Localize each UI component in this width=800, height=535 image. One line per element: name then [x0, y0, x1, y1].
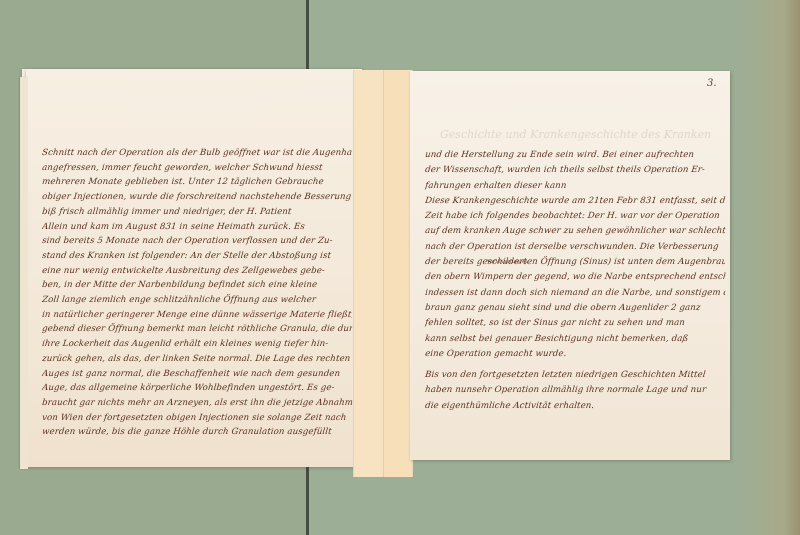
- manuscript-line: nach der Operation ist derselbe verschwu…: [424, 240, 726, 255]
- manuscript-line: fahrungen erhalten dieser kann: [424, 179, 726, 194]
- manuscript-line: Zeit habe ich folgendes beobachtet: Der …: [424, 209, 726, 224]
- manuscript-line: Zoll lange ziemlich enge schlitzähnliche…: [41, 293, 353, 308]
- manuscript-line: Diese Krankengeschichte wurde am 21ten F…: [424, 194, 726, 209]
- manuscript-line: in natürlicher geringerer Menge eine dün…: [41, 308, 353, 323]
- manuscript-line: biß frisch allmählig immer und niedriger…: [41, 205, 353, 220]
- left-page-outer-edge: [20, 77, 28, 469]
- binding-strip-right: [383, 70, 413, 477]
- right-page-text: und die Herstellung zu Ende sein wird. B…: [425, 148, 725, 414]
- manuscript-line: Allein und kam im August 831 in seine He…: [41, 220, 353, 235]
- manuscript-line: auf dem kranken Auge schwer zu sehen gew…: [424, 224, 726, 239]
- page-number: 3.: [707, 78, 717, 89]
- manuscript-line: sind bereits 5 Monate nach der Operation…: [41, 234, 353, 249]
- interlinear-note: Verlängerungen: [487, 259, 528, 265]
- manuscript-line: fehlen solltet, so ist der Sinus gar nic…: [424, 316, 726, 331]
- manuscript-line: eine nur wenig entwickelte Ausbreitung d…: [41, 264, 353, 279]
- manuscript-line: indessen ist dann doch sich niemand an d…: [424, 286, 726, 301]
- manuscript-spread: 3. Geschichte und Krankengeschichte des …: [0, 0, 800, 535]
- manuscript-line: werden würde, bis die ganze Höhle durch …: [41, 425, 353, 440]
- manuscript-line: braun ganz genau sieht sind und die ober…: [424, 301, 726, 316]
- manuscript-line: und die Herstellung zu Ende sein wird. B…: [424, 148, 726, 163]
- manuscript-line: braucht gar nichts mehr an Arzneyen, als…: [41, 396, 353, 411]
- binding-strip-left: [353, 70, 385, 477]
- manuscript-line: haben nunsehr Operation allmählig ihre n…: [424, 383, 726, 398]
- bleed-through-heading: Geschichte und Krankengeschichte des Kra…: [440, 128, 720, 141]
- manuscript-line: den obern Wimpern der gegend, wo die Nar…: [424, 270, 726, 285]
- manuscript-line: Schnitt nach der Operation als der Bulb …: [41, 146, 353, 161]
- manuscript-line: Auges ist ganz normal, die Beschaffenhei…: [41, 367, 353, 382]
- manuscript-line: die eigenthümliche Activität erhalten.: [424, 399, 726, 414]
- manuscript-line: ben, in der Mitte der Narbenbildung befi…: [41, 278, 353, 293]
- manuscript-line: der Wissenschaft, wurden ich theils selb…: [424, 163, 726, 178]
- manuscript-line: obiger Injectionen, wurde die forschreit…: [41, 190, 353, 205]
- manuscript-line: angefressen, immer feucht geworden, welc…: [41, 161, 353, 176]
- backing-right-edge: [735, 0, 800, 535]
- manuscript-line: gebend dieser Öffnung bemerkt man leicht…: [41, 322, 353, 337]
- manuscript-line: der bereits geschilderten Öffnung (Sinus…: [424, 255, 726, 270]
- left-page-text: Schnitt nach der Operation als der Bulb …: [42, 146, 352, 440]
- manuscript-line: Auge, das allgemeine körperliche Wohlbef…: [41, 381, 353, 396]
- manuscript-line: von Wien der fortgesetzten obigen Inject…: [41, 411, 353, 426]
- manuscript-line: Bis von den fortgesetzten letzten niedri…: [424, 368, 726, 383]
- manuscript-line: kann selbst bei genauer Besichtigung nic…: [424, 332, 726, 347]
- manuscript-line: mehreren Monate geblieben ist. Unter 12 …: [41, 175, 353, 190]
- manuscript-line: ihre Lockerheit das Augenlid erhält ein …: [41, 337, 353, 352]
- manuscript-line: stand des Kranken ist folgender: An der …: [41, 249, 353, 264]
- manuscript-line: eine Operation gemacht wurde.: [424, 347, 726, 362]
- manuscript-line: zurück gehen, als das, der linken Seite …: [41, 352, 353, 367]
